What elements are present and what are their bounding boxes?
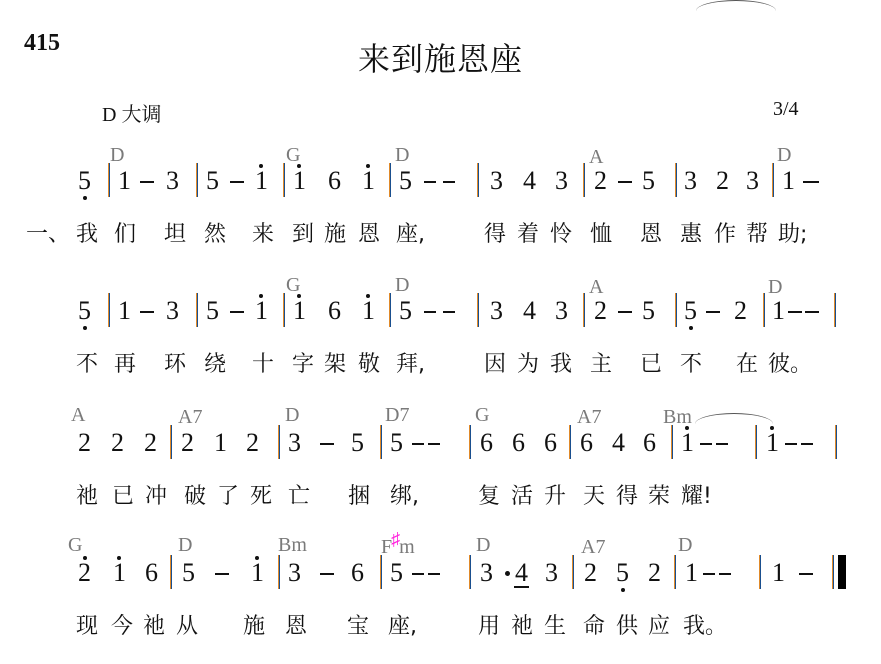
dash (788, 311, 802, 313)
dash (801, 443, 813, 445)
barline (389, 163, 391, 197)
barline (671, 425, 673, 459)
lyric: 彼。 (768, 354, 812, 376)
barline (759, 555, 761, 589)
augmentation-dot (505, 571, 510, 576)
dash (443, 311, 455, 313)
dash (140, 181, 154, 183)
lyric: 命 (583, 616, 605, 638)
lyric: 天 (583, 486, 605, 508)
chord-symbol: G (475, 405, 489, 425)
note: 2 (181, 430, 194, 456)
dash (140, 311, 154, 313)
tie (695, 413, 773, 424)
lyric: 耀! (681, 486, 712, 508)
note: 6 (145, 560, 158, 586)
chord-symbol: D (768, 277, 782, 297)
barline (469, 425, 471, 459)
lyric: 绑, (390, 486, 419, 508)
lyric: 生 (544, 616, 566, 638)
barline (675, 293, 677, 327)
note: 5 (642, 168, 655, 194)
chord-symbol: G (68, 535, 82, 555)
chord-symbol: D (678, 535, 692, 555)
chord-symbol: A (589, 277, 603, 297)
lyric: 了 (217, 486, 239, 508)
lyric: 字 (292, 354, 314, 376)
final-barline (838, 555, 846, 589)
lyric: 恤 (590, 224, 612, 246)
note: 2 (584, 560, 597, 586)
note: 1 (782, 168, 795, 194)
barline (755, 425, 757, 459)
barline (675, 163, 677, 197)
low-octave-dot (83, 196, 87, 200)
chord-symbol: D (285, 405, 299, 425)
chord-quality: m (399, 536, 415, 558)
chord-symbol: D (178, 535, 192, 555)
high-octave-dot (117, 556, 121, 560)
note: 1 (685, 560, 698, 586)
chord-symbol: G (286, 145, 300, 165)
note: 1 (772, 560, 785, 586)
lyric: 我。 (683, 616, 727, 638)
note: 5 (206, 168, 219, 194)
note: 5 (206, 298, 219, 324)
chord-symbol: A (71, 405, 85, 425)
high-octave-dot (259, 294, 263, 298)
lyric: 复 (478, 486, 500, 508)
dash (230, 311, 244, 313)
high-octave-dot (297, 164, 301, 168)
lyric: 怜 (550, 224, 572, 246)
lyric: 拜, (396, 354, 425, 376)
lyric: 再 (114, 354, 136, 376)
lyric: 今 (111, 616, 133, 638)
lyric: 现 (76, 616, 98, 638)
chord-symbol: Bm (663, 407, 692, 427)
dash (424, 311, 436, 313)
lyric: 供 (616, 616, 638, 638)
dash (700, 443, 712, 445)
note: 3 (288, 560, 301, 586)
note: 2 (78, 430, 91, 456)
note: 1 (766, 430, 779, 456)
high-octave-dot (297, 294, 301, 298)
lyric: 亡 (288, 486, 310, 508)
lyric: 主 (590, 354, 612, 376)
barline (108, 163, 110, 197)
dash (230, 181, 244, 183)
note: 2 (594, 168, 607, 194)
note: 1 (255, 168, 268, 194)
high-octave-dot (685, 426, 689, 430)
lyric: 来 (252, 224, 274, 246)
note: 6 (544, 430, 557, 456)
dash (805, 311, 819, 313)
note: 3 (555, 298, 568, 324)
dash (703, 573, 715, 575)
lyric: 们 (114, 224, 136, 246)
lyric: 然 (204, 224, 226, 246)
note: 6 (580, 430, 593, 456)
lyric: 宝 (347, 616, 369, 638)
chord-symbol: D (395, 275, 409, 295)
note: 5 (351, 430, 364, 456)
lyric: 惠 (680, 224, 702, 246)
note: 5 (78, 298, 91, 324)
lyric: 不 (76, 354, 98, 376)
lyric: 座, (388, 616, 417, 638)
lyric: 恩 (358, 224, 380, 246)
note: 6 (480, 430, 493, 456)
tie (696, 0, 776, 11)
dash (706, 311, 720, 313)
note: 5 (390, 430, 403, 456)
note: 1 (214, 430, 227, 456)
dash (320, 443, 334, 445)
note: 5 (390, 560, 403, 586)
lyric: 祂 (143, 616, 165, 638)
chord-symbol: A7 (581, 537, 605, 557)
note: 4 (515, 560, 528, 586)
lyric: 从 (176, 616, 198, 638)
dash (785, 443, 797, 445)
note: 2 (734, 298, 747, 324)
note: 1 (255, 298, 268, 324)
dash (424, 181, 436, 183)
barline (389, 293, 391, 327)
note: 6 (328, 168, 341, 194)
low-octave-dot (689, 326, 693, 330)
dash (799, 573, 813, 575)
dash (443, 181, 455, 183)
sharp-icon: ♯ (391, 529, 400, 549)
lyric: 已 (112, 486, 134, 508)
barline (469, 555, 471, 589)
note: 3 (288, 430, 301, 456)
lyric: 施 (243, 616, 265, 638)
lyric: 死 (250, 486, 272, 508)
barline (283, 163, 285, 197)
note: 4 (523, 168, 536, 194)
note: 6 (351, 560, 364, 586)
barline (278, 555, 280, 589)
note: 5 (399, 168, 412, 194)
barline (108, 293, 110, 327)
lyric: 恩 (640, 224, 662, 246)
lyric: 因 (484, 354, 506, 376)
lyric: 得 (616, 486, 638, 508)
note: 2 (111, 430, 124, 456)
lyric: 我 (550, 354, 572, 376)
chord-symbol: D (476, 535, 490, 555)
lyric: 作 (714, 224, 736, 246)
chord-symbol: D7 (385, 405, 409, 425)
lyric: 得 (484, 224, 506, 246)
note: 2 (78, 560, 91, 586)
lyric: 在 (736, 354, 758, 376)
note: 1 (293, 168, 306, 194)
lyric: 我 (76, 224, 98, 246)
note: 1 (118, 168, 131, 194)
chord-symbol-f-sharp-minor: F♯m (381, 537, 415, 557)
dash (716, 443, 728, 445)
time-signature: 3/4 (773, 98, 799, 121)
lyric: 祂 (76, 486, 98, 508)
chord-symbol: A (589, 147, 603, 167)
lyric: 助; (778, 224, 807, 246)
lyric: 十 (252, 354, 274, 376)
dash (320, 573, 334, 575)
note: 5 (642, 298, 655, 324)
note: 1 (772, 298, 785, 324)
note: 2 (246, 430, 259, 456)
lyric: 到 (292, 224, 314, 246)
high-octave-dot (255, 556, 259, 560)
note: 3 (555, 168, 568, 194)
barline (170, 555, 172, 589)
barline (832, 555, 834, 589)
lyric: 用 (478, 616, 500, 638)
barline (283, 293, 285, 327)
lyric: 破 (184, 486, 206, 508)
note: 6 (512, 430, 525, 456)
barline (278, 425, 280, 459)
note: 3 (490, 168, 503, 194)
lyric: 施 (324, 224, 346, 246)
note: 1 (251, 560, 264, 586)
note: 1 (118, 298, 131, 324)
note: 6 (643, 430, 656, 456)
note: 4 (612, 430, 625, 456)
note: 1 (362, 298, 375, 324)
lyric: 着 (517, 224, 539, 246)
barline (583, 163, 585, 197)
barline (380, 555, 382, 589)
barline (834, 293, 836, 327)
note: 4 (523, 298, 536, 324)
chord-symbol: A7 (178, 407, 202, 427)
lyric: 已 (640, 354, 662, 376)
lyric: 捆 (348, 486, 370, 508)
note: 1 (293, 298, 306, 324)
high-octave-dot (366, 164, 370, 168)
lyric: 敬 (358, 354, 380, 376)
lyric: 环 (164, 354, 186, 376)
note: 1 (113, 560, 126, 586)
barline (572, 555, 574, 589)
lyric: 祂 (511, 616, 533, 638)
lyric: 绕 (204, 354, 226, 376)
dash (618, 311, 632, 313)
lyric: 活 (511, 486, 533, 508)
chord-symbol: D (110, 145, 124, 165)
note: 5 (616, 560, 629, 586)
dash (412, 443, 424, 445)
high-octave-dot (259, 164, 263, 168)
barline (196, 163, 198, 197)
dash (215, 573, 229, 575)
chord-symbol: A7 (577, 407, 601, 427)
barline (569, 425, 571, 459)
note: 5 (684, 298, 697, 324)
dash (428, 573, 440, 575)
barline (763, 293, 765, 327)
lyric: 为 (517, 354, 539, 376)
note: 3 (746, 168, 759, 194)
note: 1 (362, 168, 375, 194)
high-octave-dot (83, 556, 87, 560)
note: 2 (594, 298, 607, 324)
dash (618, 181, 632, 183)
lyric: 座, (396, 224, 425, 246)
lyric: 升 (544, 486, 566, 508)
underline-beam (514, 586, 529, 588)
lyric: 荣 (648, 486, 670, 508)
note: 5 (78, 168, 91, 194)
note: 3 (545, 560, 558, 586)
lyric: 坦 (164, 224, 186, 246)
lyric: 架 (324, 354, 346, 376)
note: 3 (166, 168, 179, 194)
chord-symbol: D (395, 145, 409, 165)
barline (477, 163, 479, 197)
note: 3 (480, 560, 493, 586)
lyric: 冲 (145, 486, 167, 508)
lyric: 不 (680, 354, 702, 376)
barline (583, 293, 585, 327)
chord-symbol: D (777, 145, 791, 165)
barline (477, 293, 479, 327)
chord-symbol: G (286, 275, 300, 295)
note: 5 (399, 298, 412, 324)
barline (380, 425, 382, 459)
barline (674, 555, 676, 589)
barline (196, 293, 198, 327)
note: 2 (716, 168, 729, 194)
note: 3 (684, 168, 697, 194)
low-octave-dot (83, 326, 87, 330)
note: 2 (144, 430, 157, 456)
note: 3 (490, 298, 503, 324)
dash (428, 443, 440, 445)
high-octave-dot (770, 426, 774, 430)
note: 1 (681, 430, 694, 456)
low-octave-dot (621, 588, 625, 592)
note: 2 (648, 560, 661, 586)
barline (835, 425, 837, 459)
note: 3 (166, 298, 179, 324)
high-octave-dot (366, 294, 370, 298)
dash (412, 573, 424, 575)
chord-symbol: Bm (278, 535, 307, 555)
lyric: 应 (648, 616, 670, 638)
barline (772, 163, 774, 197)
lyric: 恩 (285, 616, 307, 638)
note: 5 (182, 560, 195, 586)
key-signature: D 大调 (102, 98, 161, 127)
page-title: 来到施恩座 (0, 34, 881, 80)
lyric: 帮 (746, 224, 768, 246)
verse-number: 一、 (26, 224, 70, 246)
dash (803, 181, 819, 183)
dash (719, 573, 731, 575)
note: 6 (328, 298, 341, 324)
barline (170, 425, 172, 459)
